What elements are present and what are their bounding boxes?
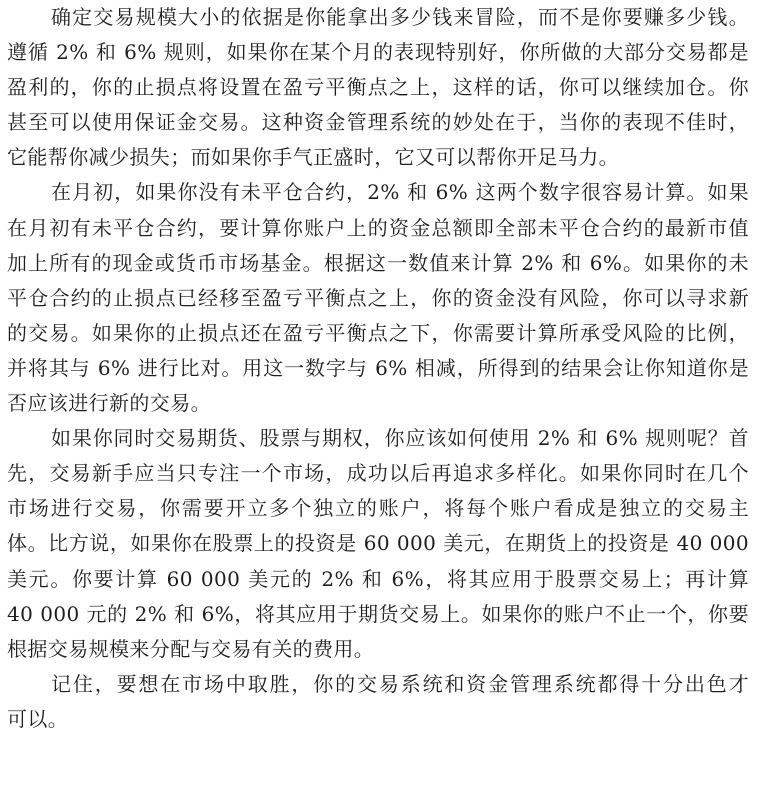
text-line: 体。比方说，如果你在股票上的投资是 60 000 美元，在期货上的投资是 40 … — [7, 526, 749, 561]
text-line: 根据交易规模来分配与交易有关的费用。 — [7, 632, 749, 667]
text-line: 美元。你要计算 60 000 美元的 2% 和 6%，将其应用于股票交易上；再计… — [7, 562, 749, 597]
text-line: 平仓合约的止损点已经移至盈亏平衡点之上，你的资金没有风险，你可以寻求新 — [7, 281, 749, 316]
text-line: 40 000 元的 2% 和 6%，将其应用于期货交易上。如果你的账户不止一个，… — [7, 597, 749, 632]
text-line: 确定交易规模大小的依据是你能拿出多少钱来冒险，而不是你要赚多少钱。 — [7, 0, 749, 35]
book-page: 确定交易规模大小的依据是你能拿出多少钱来冒险，而不是你要赚多少钱。 遵循 2% … — [7, 0, 749, 737]
text-line: 市场进行交易，你需要开立多个独立的账户，将每个账户看成是独立的交易主 — [7, 491, 749, 526]
text-line: 的交易。如果你的止损点还在盈亏平衡点之下，你需要计算所承受风险的比例， — [7, 316, 749, 351]
paragraph-position-sizing: 确定交易规模大小的依据是你能拿出多少钱来冒险，而不是你要赚多少钱。 遵循 2% … — [7, 0, 749, 175]
text-line: 先，交易新手应当只专注一个市场，成功以后再追求多样化。如果你同时在几个 — [7, 456, 749, 491]
paragraph-multiple-markets: 如果你同时交易期货、股票与期权，你应该如何使用 2% 和 6% 规则呢？首 先，… — [7, 421, 749, 667]
text-line: 盈利的，你的止损点将设置在盈亏平衡点之上，这样的话，你可以继续加仓。你 — [7, 70, 749, 105]
text-line: 记住，要想在市场中取胜，你的交易系统和资金管理系统都得十分出色才 — [7, 667, 749, 702]
text-line: 如果你同时交易期货、股票与期权，你应该如何使用 2% 和 6% 规则呢？首 — [7, 421, 749, 456]
text-line: 并将其与 6% 进行比对。用这一数字与 6% 相减，所得到的结果会让你知道你是 — [7, 351, 749, 386]
text-line: 可以。 — [7, 702, 749, 737]
paragraph-month-start: 在月初，如果你没有未平仓合约，2% 和 6% 这两个数字很容易计算。如果 在月初… — [7, 175, 749, 421]
text-line: 遵循 2% 和 6% 规则，如果你在某个月的表现特别好，你所做的大部分交易都是 — [7, 35, 749, 70]
text-line: 在月初，如果你没有未平仓合约，2% 和 6% 这两个数字很容易计算。如果 — [7, 175, 749, 210]
text-line: 否应该进行新的交易。 — [7, 386, 749, 421]
text-line: 加上所有的现金或货币市场基金。根据这一数值来计算 2% 和 6%。如果你的未 — [7, 246, 749, 281]
text-line: 在月初有未平仓合约，要计算你账户上的资金总额即全部未平仓合约的最新市值 — [7, 211, 749, 246]
text-line: 它能帮你减少损失；而如果你手气正盛时，它又可以帮你开足马力。 — [7, 140, 749, 175]
text-line: 甚至可以使用保证金交易。这种资金管理系统的妙处在于，当你的表现不佳时， — [7, 105, 749, 140]
paragraph-conclusion: 记住，要想在市场中取胜，你的交易系统和资金管理系统都得十分出色才 可以。 — [7, 667, 749, 737]
